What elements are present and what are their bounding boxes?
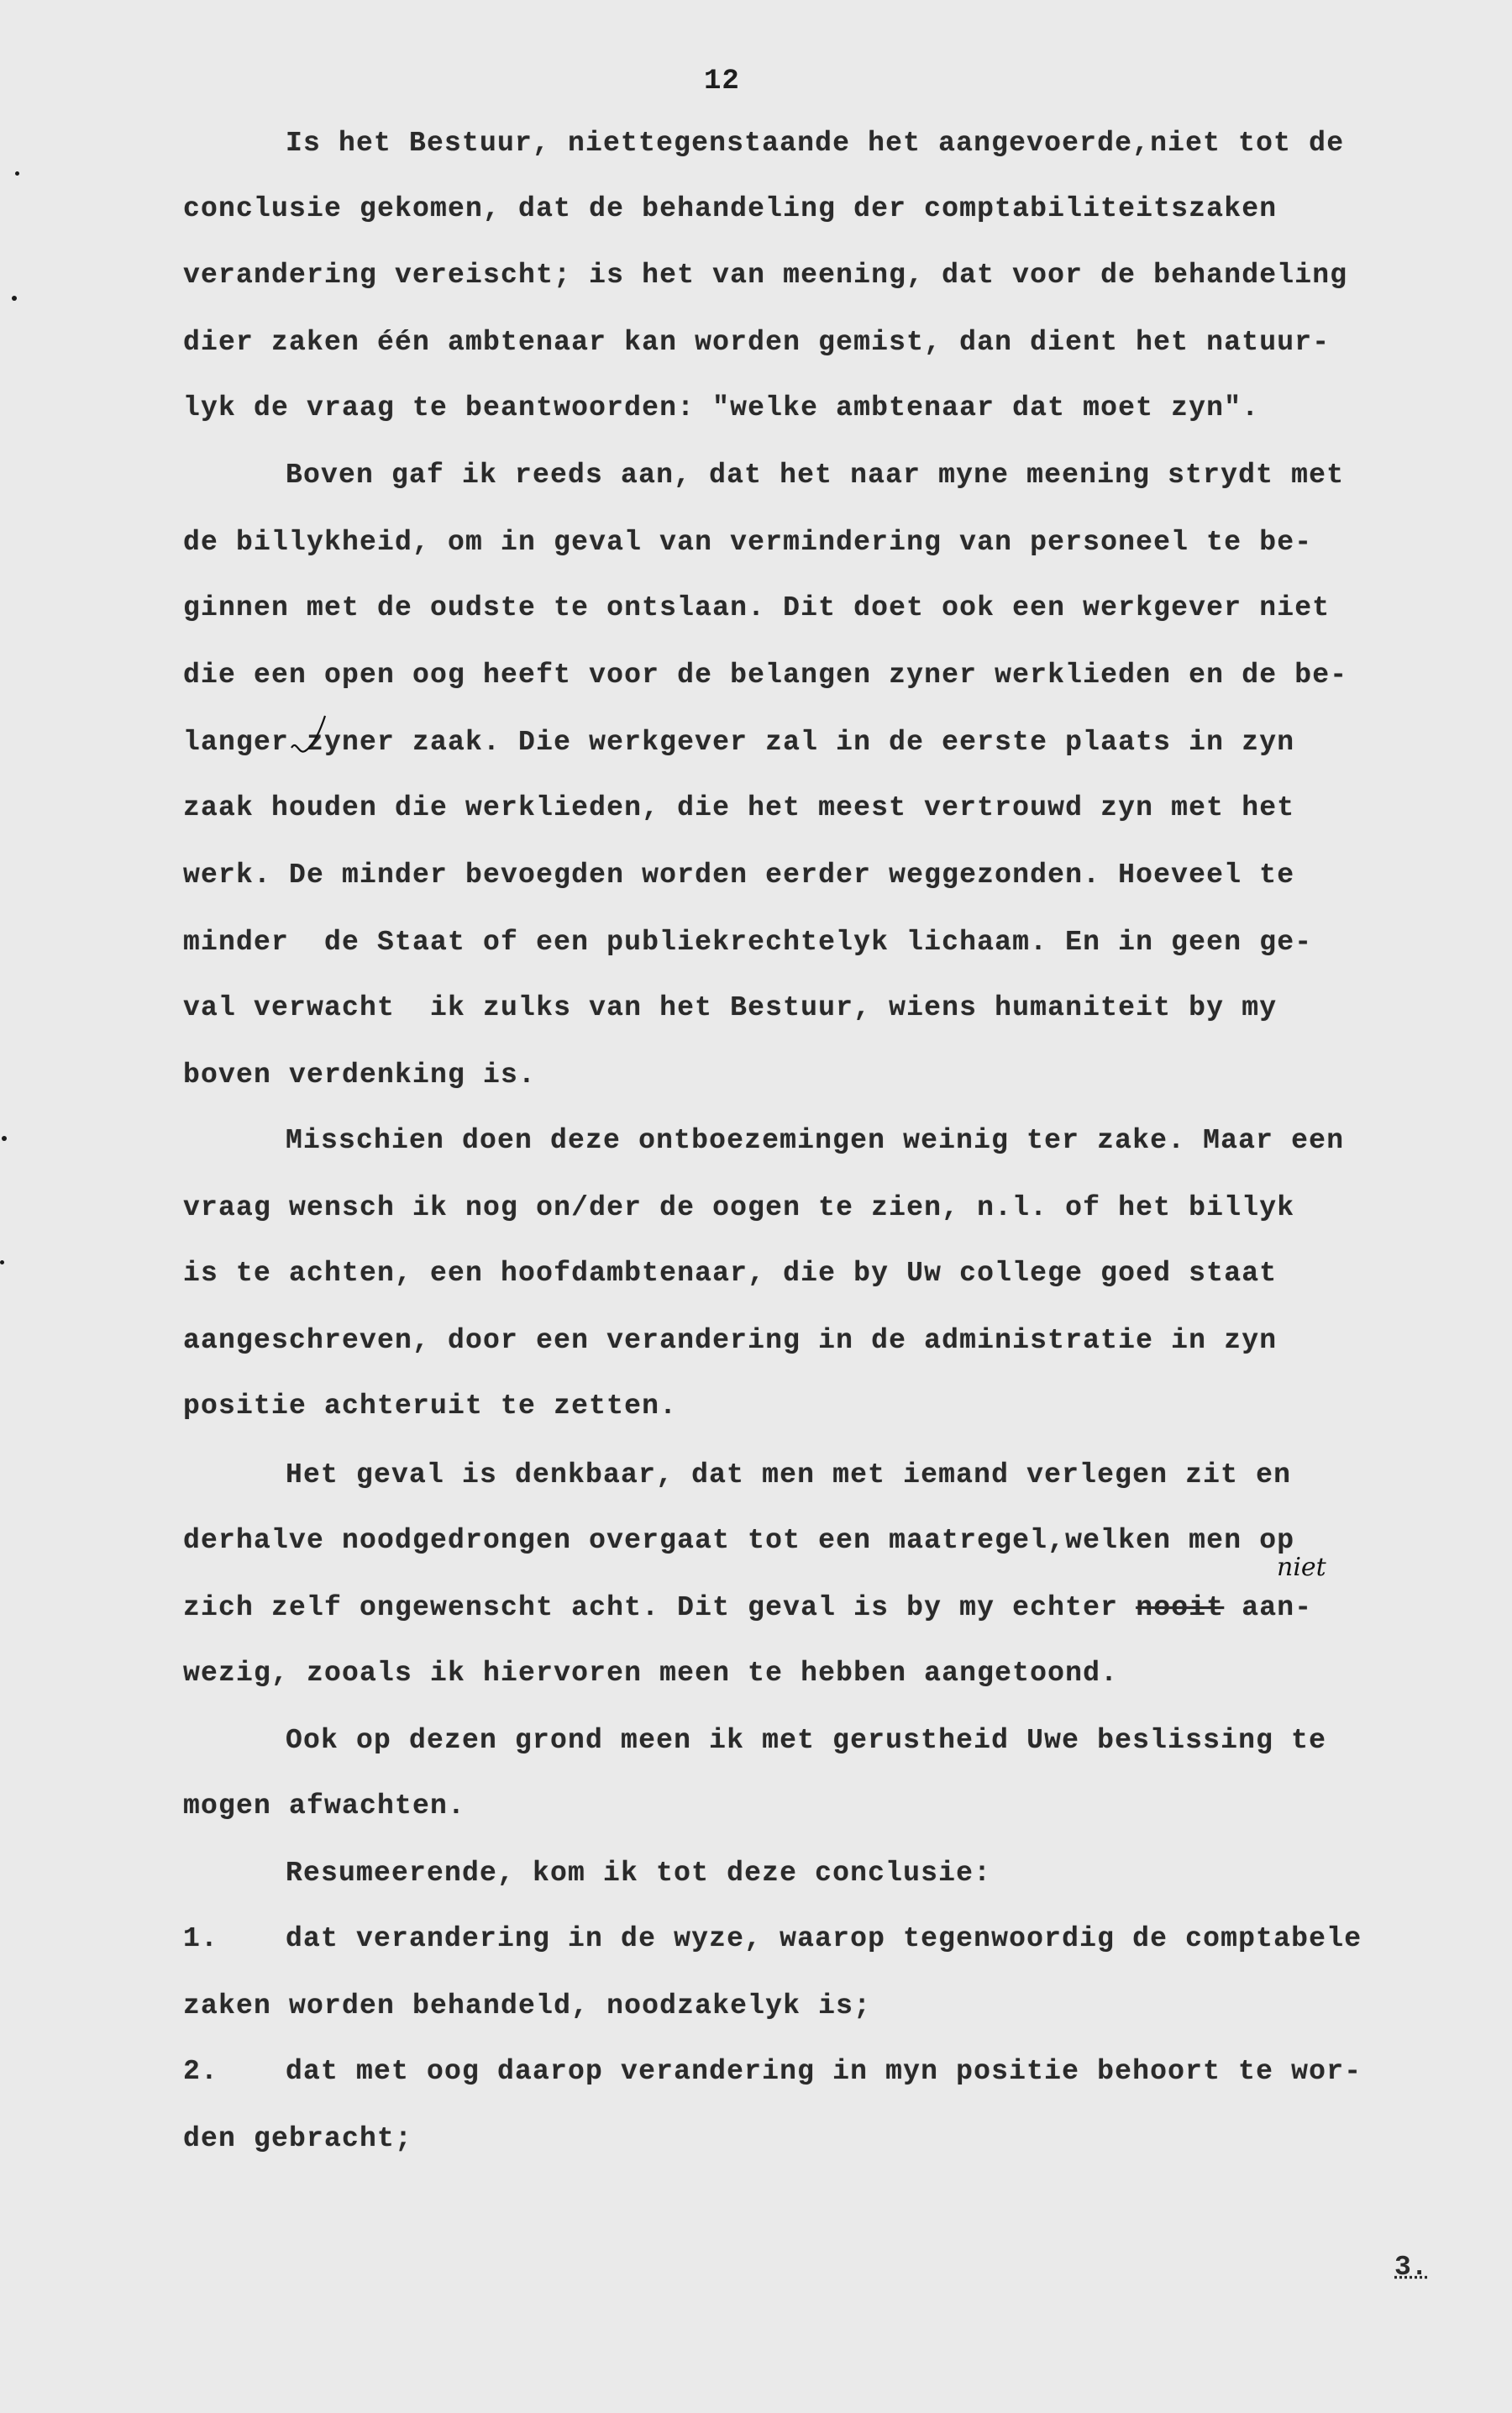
text-line: dier zaken één ambtenaar kan worden gemi… <box>183 327 1330 358</box>
text-line: langer zyner zaak. Die werkgever zal in … <box>183 727 1294 758</box>
text-line: aangeschreven, door een verandering in d… <box>183 1325 1277 1356</box>
line-text-after: aan- <box>1224 1592 1312 1623</box>
text-line: Het geval is denkbaar, dat men met ieman… <box>286 1459 1291 1490</box>
margin-dot <box>0 1260 4 1264</box>
text-line-with-correction: zich zelf ongewenscht acht. Dit geval is… <box>183 1592 1312 1623</box>
text-line: mogen afwachten. <box>183 1790 465 1822</box>
line-text-before: zich zelf ongewenscht acht. Dit geval is… <box>183 1592 1136 1623</box>
struck-word: nooit <box>1136 1592 1224 1623</box>
conclusion-number: 1. <box>183 1923 218 1954</box>
text-line: conclusie gekomen, dat de behandeling de… <box>183 193 1277 224</box>
catchword-next-page: 3. <box>1394 2252 1428 2283</box>
text-line: werk. De minder bevoegden worden eerder … <box>183 860 1294 891</box>
text-line: lyk de vraag te beantwoorden: "welke amb… <box>183 392 1259 423</box>
text-line: de billykheid, om in geval van verminder… <box>183 527 1312 558</box>
margin-dot <box>2 1136 7 1141</box>
text-line: positie achteruit te zetten. <box>183 1390 677 1422</box>
conclusion-text: dat met oog daarop verandering in myn po… <box>286 2056 1362 2087</box>
text-line: val verwacht ik zulks van het Bestuur, w… <box>183 992 1277 1023</box>
text-line: is te achten, een hoofdambtenaar, die by… <box>183 1258 1277 1289</box>
conclusion-text: den gebracht; <box>183 2123 412 2154</box>
text-line: boven verdenking is. <box>183 1059 536 1091</box>
handwritten-correction-mark <box>290 714 340 765</box>
text-line: Resumeerende, kom ik tot deze conclusie: <box>286 1858 991 1889</box>
text-line: wezig, zooals ik hiervoren meen te hebbe… <box>183 1658 1118 1689</box>
text-line: vraag wensch ik nog on/der de oogen te z… <box>183 1192 1294 1223</box>
text-line: ginnen met de oudste te ontslaan. Dit do… <box>183 592 1330 623</box>
text-line: derhalve noodgedrongen overgaat tot een … <box>183 1525 1294 1556</box>
text-line: Boven gaf ik reeds aan, dat het naar myn… <box>286 460 1344 491</box>
text-line: minder de Staat of een publiekrechtelyk … <box>183 927 1312 958</box>
margin-dot <box>15 171 19 176</box>
conclusion-text: zaken worden behandeld, noodzakelyk is; <box>183 1990 871 2021</box>
text-line: Ook op dezen grond meen ik met gerusthei… <box>286 1725 1326 1756</box>
text-line: zaak houden die werklieden, die het mees… <box>183 792 1294 823</box>
text-line: Misschien doen deze ontboezemingen weini… <box>286 1125 1344 1156</box>
text-line: verandering vereischt; is het van meenin… <box>183 260 1347 291</box>
page-number: 12 <box>704 66 740 97</box>
document-page: 12 Is het Bestuur, niettegenstaande het … <box>0 0 1512 2413</box>
margin-dot <box>12 296 17 301</box>
text-line: die een open oog heeft voor de belangen … <box>183 660 1347 691</box>
conclusion-number: 2. <box>183 2056 218 2087</box>
conclusion-text: dat verandering in de wyze, waarop tegen… <box>286 1923 1362 1954</box>
handwritten-insertion: niet <box>1277 1553 1326 1582</box>
text-line: Is het Bestuur, niettegenstaande het aan… <box>286 128 1344 159</box>
